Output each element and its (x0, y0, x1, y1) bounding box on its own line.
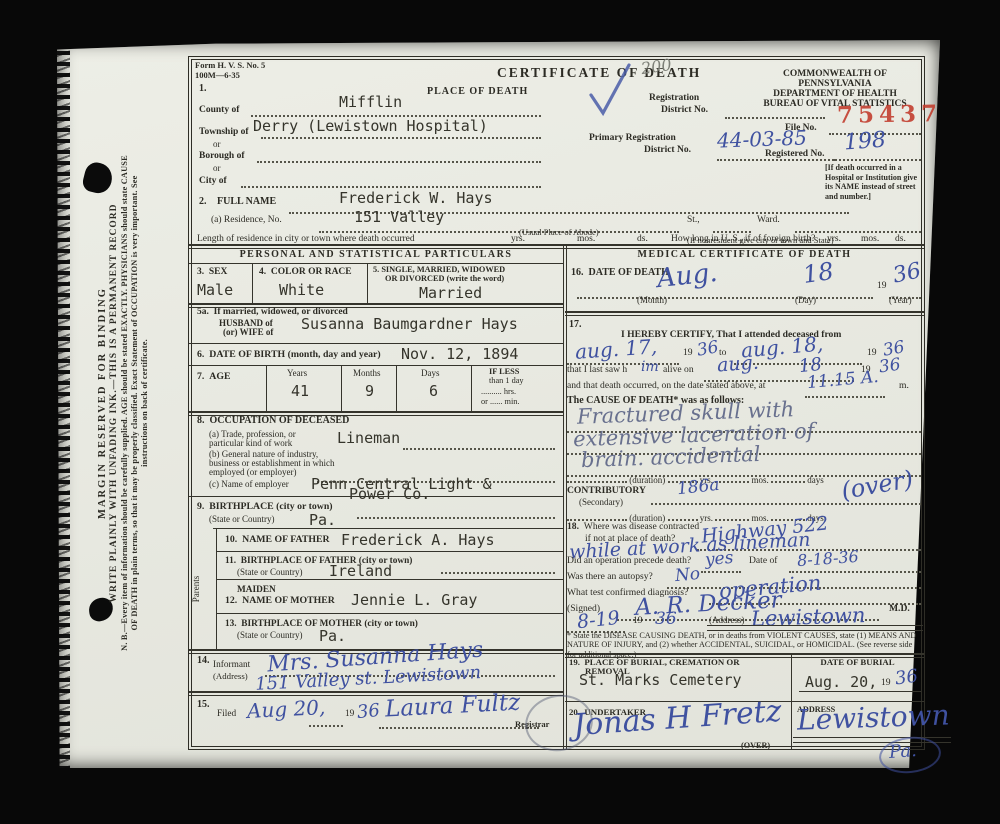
dotted-line (261, 127, 541, 139)
md-label: M.D. (889, 603, 910, 614)
last-saw-hand: im (641, 359, 659, 375)
personal-particulars-heading: PERSONAL AND STATISTICAL PARTICULARS (189, 249, 563, 260)
burial-year-value: 36 (894, 666, 920, 690)
filed-label: Filed (217, 709, 236, 719)
dotted-line (357, 507, 555, 519)
certificate-form: Form H. V. S. No. 5 100M—6-35 CERTIFICAT… (188, 56, 925, 750)
mos-label: mos. (577, 234, 595, 244)
dotted-line (309, 715, 343, 727)
marital-label-2: OR DIVORCED (write the word) (385, 274, 504, 283)
father-birthplace-value: Ireland (329, 562, 392, 580)
column-divider (563, 244, 567, 749)
rule (189, 343, 563, 344)
months-header: Months (353, 368, 381, 378)
item-17-number: 17. (569, 319, 582, 330)
mother-birthplace-state-label: (State or Country) (237, 630, 303, 640)
item-2-number: 2. (199, 196, 207, 207)
informant-label: Informant (213, 660, 250, 670)
medical-certificate-heading: MEDICAL CERTIFICATE OF DEATH (565, 249, 924, 260)
mother-name-value: Jennie L. Gray (351, 591, 477, 609)
occupation-b3: employed (or employer) (209, 467, 296, 477)
item-15-number: 15. (197, 699, 210, 710)
margin-line: WRITE PLAINLY WITH UNFADING INK.—THIS IS… (109, 42, 119, 764)
date-of-birth-label: 6. DATE OF BIRTH (month, day and year) (197, 349, 381, 360)
form-number: Form H. V. S. No. 5 (195, 60, 265, 70)
item-1-number: 1. (199, 83, 207, 94)
father-birthplace-state-label: (State or Country) (237, 567, 303, 577)
checkmark-icon (587, 61, 633, 117)
township-label: Township of (199, 127, 249, 137)
residence-label: (a) Residence, No. (211, 215, 282, 225)
years-header: Years (287, 368, 307, 378)
hrs-label: .......... hrs. (481, 387, 516, 396)
rule (213, 528, 563, 529)
yrs-label: yrs. (827, 234, 841, 244)
days-header: Days (421, 368, 440, 378)
operation-question: Did an operation precede death? (567, 555, 691, 566)
death-year-printed: 19 (877, 281, 887, 291)
date-of-death-label: 16. DATE OF DEATH (571, 267, 669, 278)
ds-label: ds. (637, 234, 648, 244)
day-caption: (Day) (795, 295, 816, 305)
rule (341, 365, 342, 411)
dotted-line (713, 221, 751, 233)
st-label: St., (687, 215, 700, 225)
employer-label: (c) Name of employer (209, 479, 289, 489)
dotted-line (441, 562, 555, 574)
rule (216, 613, 563, 614)
cause-footnote: * State the DISEASE CAUSING DEATH, or in… (567, 631, 919, 659)
maiden-label: MAIDEN (237, 585, 276, 595)
agency-line-1: COMMONWEALTH OF PENNSYLVANIA (749, 69, 921, 89)
margin-line: MARGIN RESERVED FOR BINDING (97, 42, 108, 764)
father-name-value: Frederick A. Hays (341, 531, 495, 549)
margin-line: N. B.—Every item of information should b… (120, 42, 129, 764)
secondary-label: (Secondary) (579, 497, 623, 507)
occupation-a2: particular kind of work (209, 438, 292, 448)
spouse-label-3: (or) WIFE of (223, 327, 273, 337)
year19-printed: 19 (867, 347, 877, 358)
dotted-line (577, 287, 873, 299)
ifless-label-1: IF LESS (489, 367, 519, 376)
yrs-label: yrs. (511, 234, 525, 244)
filed-year-value: 36 (356, 700, 381, 723)
ifless-label-2: than 1 day (489, 376, 524, 385)
over-note: (OVER) (741, 741, 770, 750)
rule (252, 263, 253, 303)
contributory-label: CONTRIBUTORY (567, 485, 646, 496)
year19-printed: 19 (683, 347, 693, 358)
registration-label: Registration (649, 93, 699, 103)
scanned-death-certificate: { "margin_notes": { "l1": "MARGIN RESERV… (0, 0, 1000, 824)
rule (367, 263, 368, 303)
binding-margin-notes: MARGIN RESERVED FOR BINDING WRITE PLAINL… (62, 42, 184, 764)
place-of-death-heading: PLACE OF DEATH (427, 86, 528, 97)
agency-line-2: DEPARTMENT OF HEALTH (749, 89, 921, 99)
age-years-value: 41 (291, 382, 309, 400)
item-18-label: 18. Where was disease contracted (567, 521, 699, 532)
mother-name-label: 12. NAME OF MOTHER (225, 595, 335, 606)
month-caption: (Month) (637, 295, 667, 305)
m-label: m. (899, 380, 909, 391)
rule (216, 528, 217, 649)
burial-place-value: St. Marks Cemetery (579, 671, 742, 689)
year-caption: (Year) (889, 295, 912, 305)
rule (799, 691, 921, 692)
address-label: (Address) (709, 615, 745, 625)
rule (266, 365, 267, 411)
dotted-line (251, 105, 541, 117)
min-label: or ...... min. (481, 397, 520, 406)
dotted-line (834, 149, 921, 161)
autopsy-answer: No (674, 564, 701, 586)
length-residence-line: Length of residence in city or town wher… (197, 234, 415, 244)
mother-birthplace-value: Pa. (319, 627, 346, 645)
primary-registration-label: Primary Registration (589, 133, 676, 143)
rule (216, 551, 563, 552)
last-saw-label: that I last saw h (567, 364, 627, 375)
rule (189, 365, 563, 366)
full-name-label: FULL NAME (217, 196, 276, 207)
county-label: County of (199, 105, 239, 115)
hospital-note: [If death occurred in a Hospital or Inst… (825, 163, 923, 201)
rule (396, 365, 397, 411)
parents-group-label: Parents (191, 535, 215, 643)
burial-date-value: Aug. 20, (805, 673, 877, 691)
spouse-value: Susanna Baumgardner Hays (301, 315, 518, 333)
date-of-birth-value: Nov. 12, 1894 (401, 345, 518, 363)
undertaker-address-value: Lewistown (796, 698, 950, 736)
dotted-line (319, 221, 679, 233)
or-word: or (213, 139, 221, 149)
employer-value-2: Power Co. (349, 485, 430, 503)
sex-label: 3. SEX (197, 267, 227, 277)
or-word: or (213, 163, 221, 173)
ds-label: ds. (895, 234, 906, 244)
dotted-line (403, 438, 555, 450)
autopsy-question: Was there an autopsy? (567, 571, 653, 582)
howlong-line: How long in U. S., if of foreign birth? (671, 234, 815, 244)
signed-year-value: 36 (655, 609, 677, 629)
margin-line: OF DEATH in plain terms, so that it may … (130, 42, 139, 764)
filed-year-printed: 19 (345, 709, 354, 719)
age-label: 7. AGE (197, 371, 231, 382)
date-of-label: Date of (749, 555, 778, 566)
age-months-value: 9 (365, 382, 374, 400)
rule (189, 263, 563, 264)
dotted-line (795, 221, 921, 233)
sex-value: Male (197, 281, 233, 299)
marital-value: Married (419, 284, 482, 302)
color-race-label: 4. COLOR OR RACE (259, 267, 352, 277)
marital-label-1: 5. SINGLE, MARRIED, WIDOWED (373, 265, 505, 274)
dotted-line (717, 149, 837, 161)
year19-printed: 19 (881, 677, 891, 688)
primary-district-label: District No. (644, 145, 691, 155)
birthplace-state-label: (State or Country) (209, 514, 275, 524)
dotted-line (257, 151, 541, 163)
color-race-value: White (279, 281, 324, 299)
age-days-value: 6 (429, 382, 438, 400)
informant-address-label: (Address) (213, 671, 248, 681)
margin-line: instructions on back of certificate. (140, 42, 149, 764)
dotted-line (241, 176, 541, 188)
death-day-value: 18 (801, 257, 835, 289)
operation-answer: yes (704, 548, 734, 570)
mos-label: mos. (861, 234, 879, 244)
year19-printed: 19 (633, 615, 643, 626)
ward-label: Ward. (757, 215, 780, 225)
city-label: City of (199, 176, 227, 186)
father-name-label: 10. NAME OF FATHER (225, 534, 330, 545)
occurred-label: and that death occurred, on the date sta… (567, 380, 765, 391)
rule (471, 365, 472, 411)
dotted-line (725, 107, 825, 119)
item-14-number: 14. (197, 655, 210, 666)
alive-on-label: alive on (663, 364, 694, 375)
birthplace-value: Pa. (309, 511, 336, 529)
alive-year-value: 36 (878, 355, 902, 378)
rule (565, 311, 924, 316)
occupation-value: Lineman (337, 429, 400, 447)
occupation-heading: 8. OCCUPATION OF DECEASED (197, 415, 349, 426)
burial-date-label: DATE OF BURIAL (791, 657, 924, 667)
borough-label: Borough of (199, 151, 245, 161)
form-print-run: 100M—6-35 (195, 70, 240, 80)
registration-district-label: District No. (661, 105, 708, 115)
